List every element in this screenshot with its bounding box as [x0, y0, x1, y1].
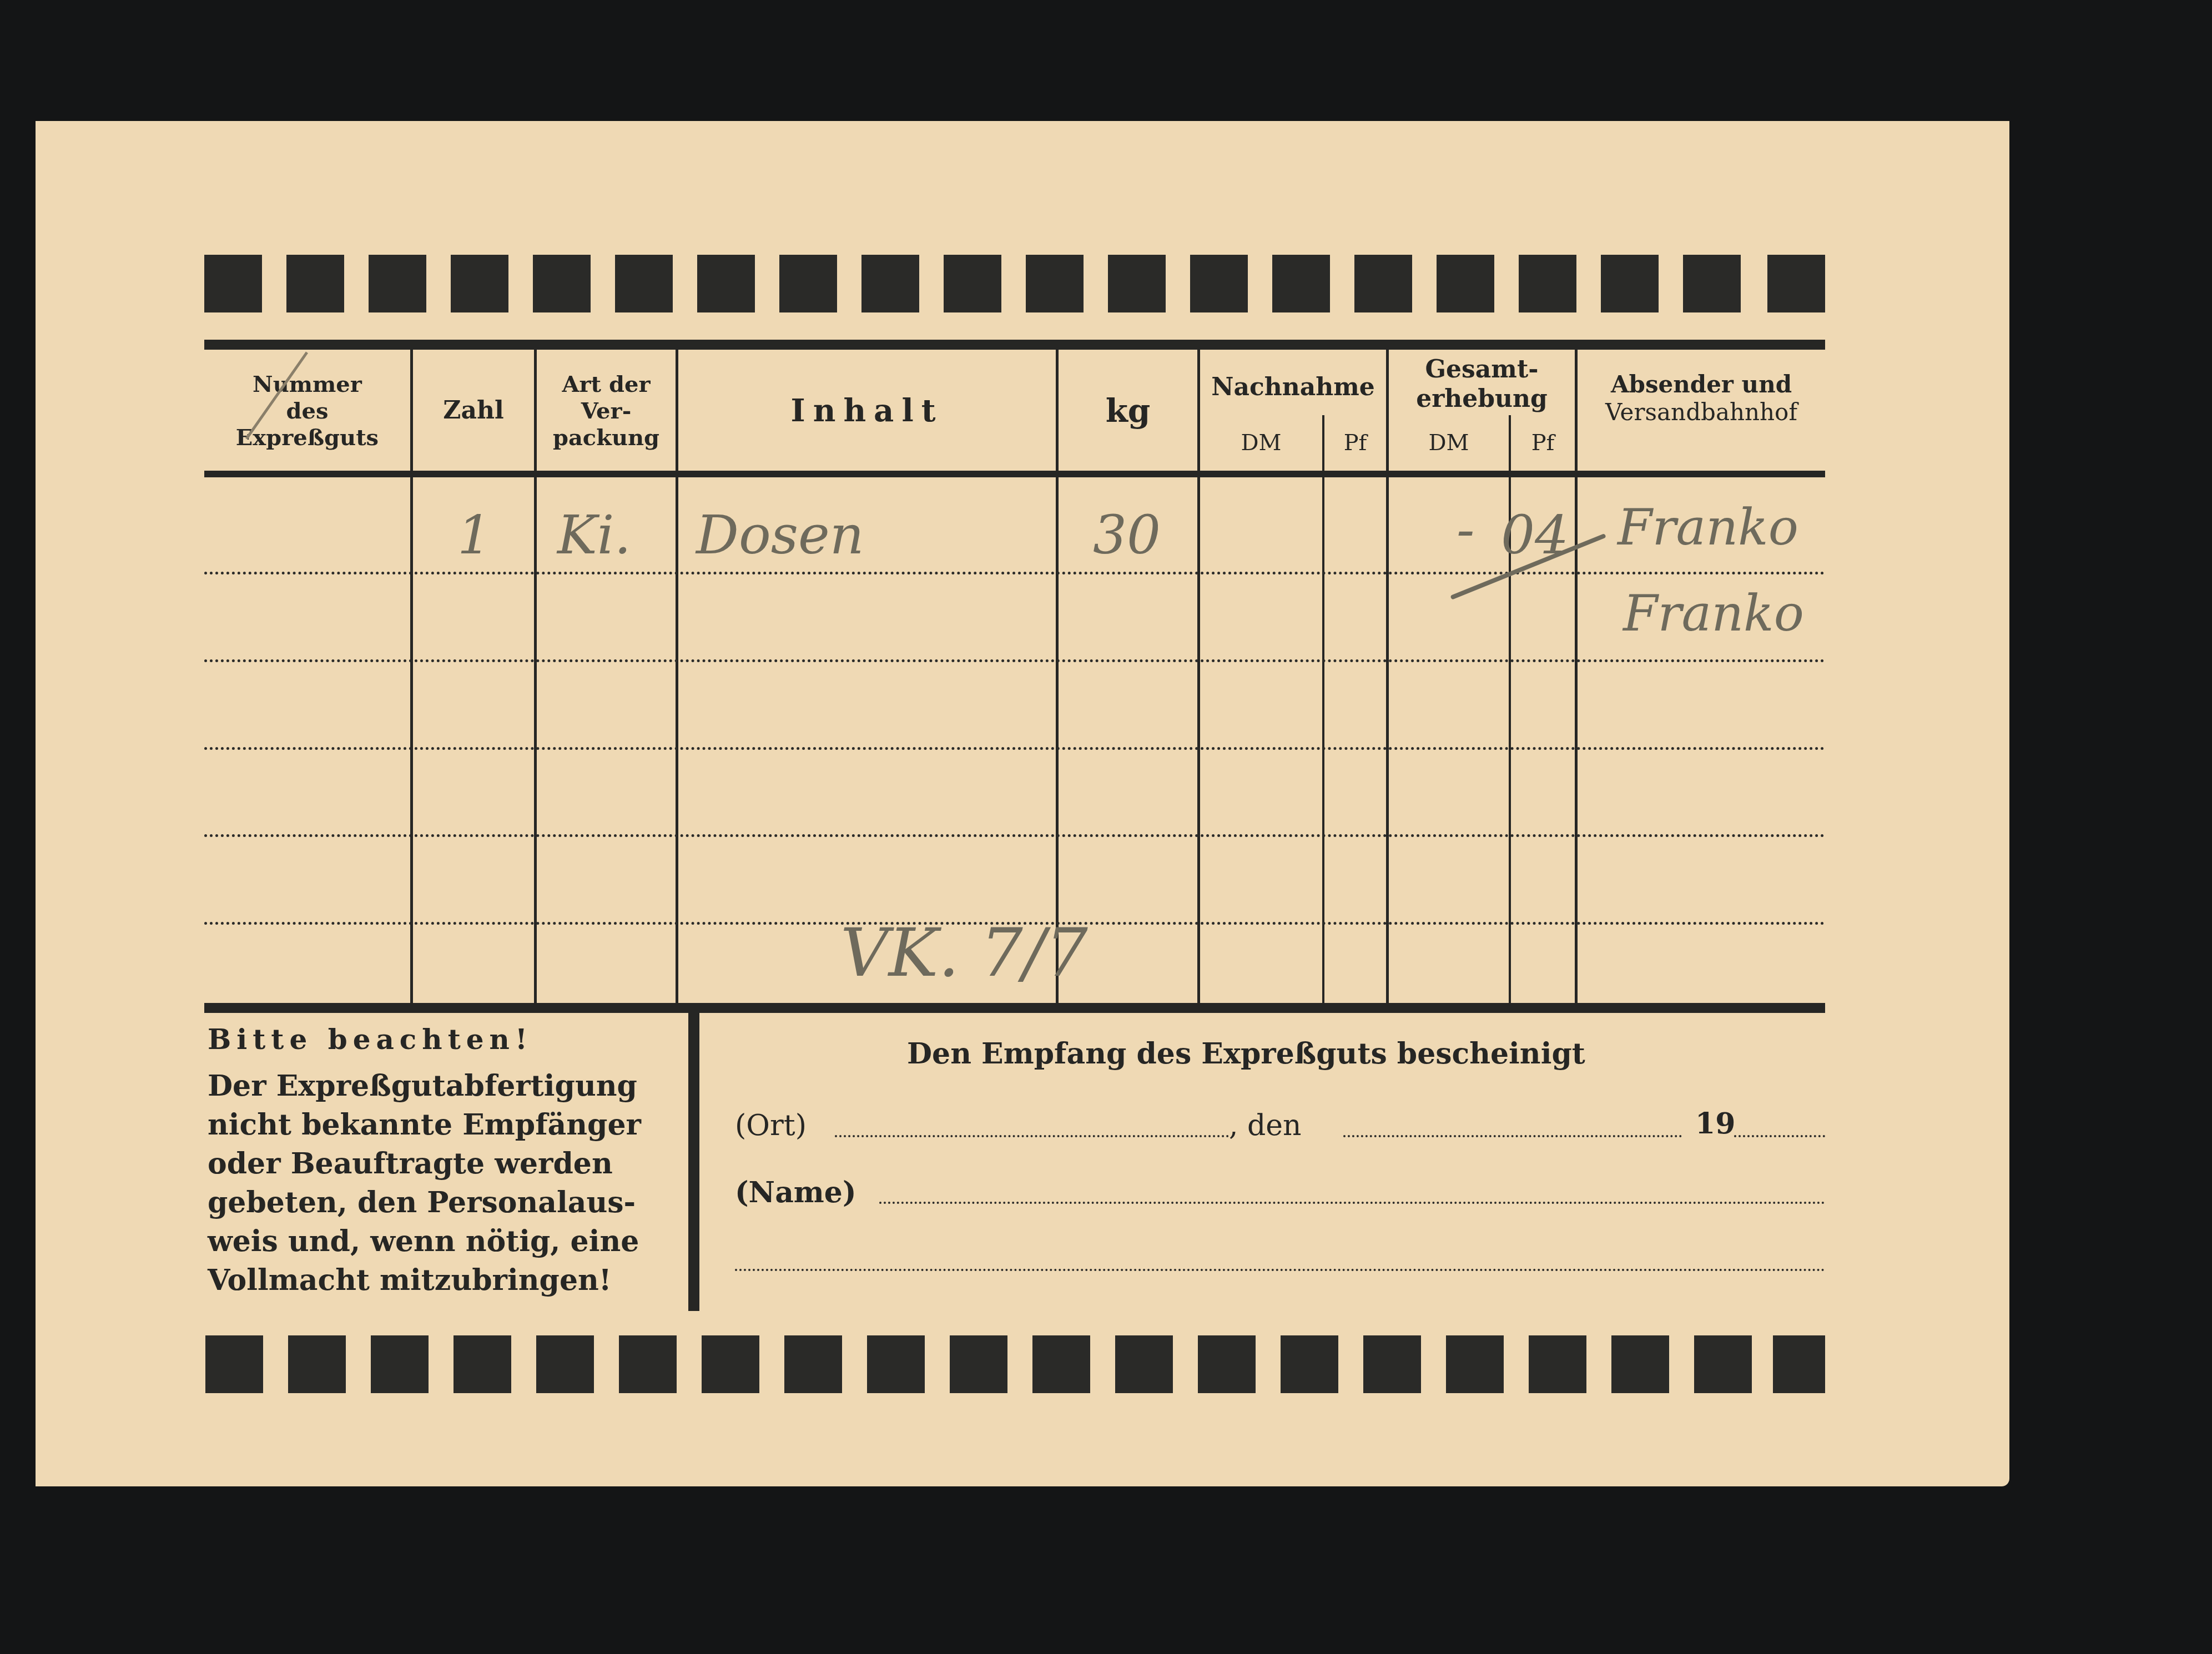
border-square [205, 1335, 263, 1393]
annotation-vk: VK. 7/7 [840, 915, 1088, 992]
border-square [1601, 255, 1659, 312]
entry-absender-2: Franko [1623, 584, 1804, 643]
ort-label: (Ort) [735, 1109, 807, 1142]
border-square [1773, 1335, 1825, 1393]
border-square [454, 1335, 511, 1393]
border-square [1519, 255, 1576, 312]
entry-kg: 30 [1093, 504, 1161, 566]
notice-line: Der Expreßgutabfertigung [208, 1067, 674, 1106]
border-square [1198, 1335, 1256, 1393]
header-art: Art der Ver- packung [537, 354, 676, 468]
border-square [1190, 255, 1248, 312]
entry-art: Ki. [557, 504, 631, 566]
row-line [204, 834, 1825, 837]
name-label: (Name) [735, 1176, 856, 1209]
border-square [1363, 1335, 1421, 1393]
border-square [1611, 1335, 1669, 1393]
border-square [533, 255, 591, 312]
header-gesamt-pf: Pf [1511, 421, 1575, 465]
table-top-rule [204, 340, 1825, 350]
border-square [371, 1335, 429, 1393]
table-bottom-rule [204, 1003, 1825, 1013]
border-square [1767, 255, 1825, 312]
header-nummer: Nummer des Expreßguts [204, 354, 410, 468]
header-zahl: Zahl [413, 354, 534, 468]
border-square [615, 255, 673, 312]
notice-line: nicht bekannte Empfänger [208, 1106, 674, 1144]
notice-line: Vollmacht mitzubringen! [208, 1261, 674, 1300]
notice-line: gebeten, den Personalaus- [208, 1183, 674, 1222]
header-nachnahme: Nachnahme [1200, 360, 1386, 415]
header-kg: kg [1059, 354, 1197, 468]
border-square [619, 1335, 677, 1393]
border-square [1354, 255, 1412, 312]
border-square [536, 1335, 594, 1393]
border-square [944, 255, 1001, 312]
entry-gesamt-pf: 04 [1501, 504, 1569, 566]
notice-divider [688, 1013, 699, 1311]
entry-inhalt: Dosen [696, 504, 864, 566]
border-square [1694, 1335, 1752, 1393]
notice-box: Bitte beachten! Der Expreßgutabfertigung… [208, 1023, 674, 1300]
header-bottom-rule [204, 471, 1825, 477]
border-square [1529, 1335, 1586, 1393]
border-square [1108, 255, 1166, 312]
notice-line: oder Beauftragte werden [208, 1144, 674, 1183]
header-inhalt: Inhalt [678, 354, 1056, 468]
row-line [204, 659, 1825, 662]
notice-line: weis und, wenn nötig, eine [208, 1222, 674, 1261]
border-square [784, 1335, 842, 1393]
row-line [204, 747, 1825, 750]
header-absender: Absender und Versandbahnhof [1578, 365, 1825, 432]
border-square [950, 1335, 1007, 1393]
entry-absender-1: Franko [1618, 498, 1798, 557]
border-square [1115, 1335, 1173, 1393]
receipt-title: Den Empfang des Expreßguts bescheinigt [907, 1037, 1585, 1071]
den-label: , den [1229, 1109, 1302, 1142]
border-square [286, 255, 344, 312]
border-square [861, 255, 919, 312]
express-goods-card: Nummer des Expreßguts Zahl Art der Ver- … [36, 121, 2009, 1486]
signature-field[interactable] [735, 1269, 1825, 1271]
header-nachnahme-pf: Pf [1324, 421, 1386, 465]
border-square [1437, 255, 1494, 312]
row-line [204, 572, 1825, 574]
border-square [1446, 1335, 1504, 1393]
border-square [697, 255, 755, 312]
header-gesamt-dm: DM [1389, 421, 1509, 465]
border-square [702, 1335, 759, 1393]
border-square [369, 255, 426, 312]
border-square [204, 255, 262, 312]
border-square [1032, 1335, 1090, 1393]
year-prefix: 19 [1695, 1107, 1735, 1141]
year-field[interactable] [1734, 1135, 1825, 1137]
border-square [288, 1335, 346, 1393]
ort-field[interactable] [835, 1135, 1229, 1137]
border-square [1272, 255, 1330, 312]
date-field[interactable] [1343, 1135, 1682, 1137]
header-nachnahme-dm: DM [1200, 421, 1322, 465]
notice-title: Bitte beachten! [208, 1023, 674, 1056]
border-square [451, 255, 508, 312]
border-square [779, 255, 837, 312]
entry-zahl: 1 [457, 504, 491, 566]
name-field[interactable] [879, 1202, 1825, 1204]
header-gesamterhebung: Gesamt- erhebung [1389, 351, 1575, 418]
border-square [867, 1335, 925, 1393]
border-square [1026, 255, 1084, 312]
border-square [1281, 1335, 1338, 1393]
border-square [1683, 255, 1741, 312]
entry-gesamt-dm: - [1457, 498, 1474, 561]
